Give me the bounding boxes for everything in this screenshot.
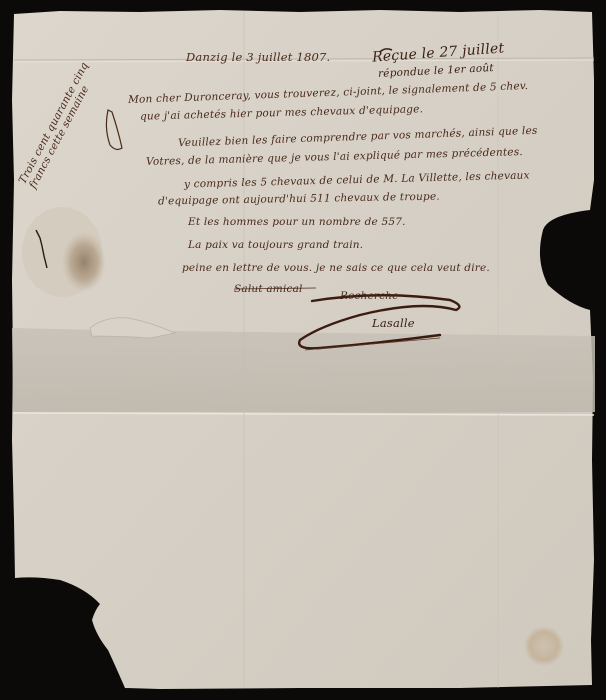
signature-above: Recherche <box>340 291 399 302</box>
body-line: La paix va toujours grand train. <box>188 240 363 251</box>
body-line: Et les hommes pour un nombre de 557. <box>188 217 406 228</box>
seal-halo <box>22 207 102 297</box>
paper-sheet <box>0 0 606 700</box>
closing: Salut amical <box>234 284 303 295</box>
letter-document: Danzig le 3 juillet 1807. Reçue le 27 ju… <box>0 0 606 700</box>
fold-flap-band <box>12 328 595 413</box>
signature: Lasalle <box>372 318 415 330</box>
place-date: Danzig le 3 juillet 1807. <box>186 52 330 64</box>
water-stain <box>524 626 564 666</box>
body-line: peine en lettre de vous. je ne sais ce q… <box>182 263 490 274</box>
